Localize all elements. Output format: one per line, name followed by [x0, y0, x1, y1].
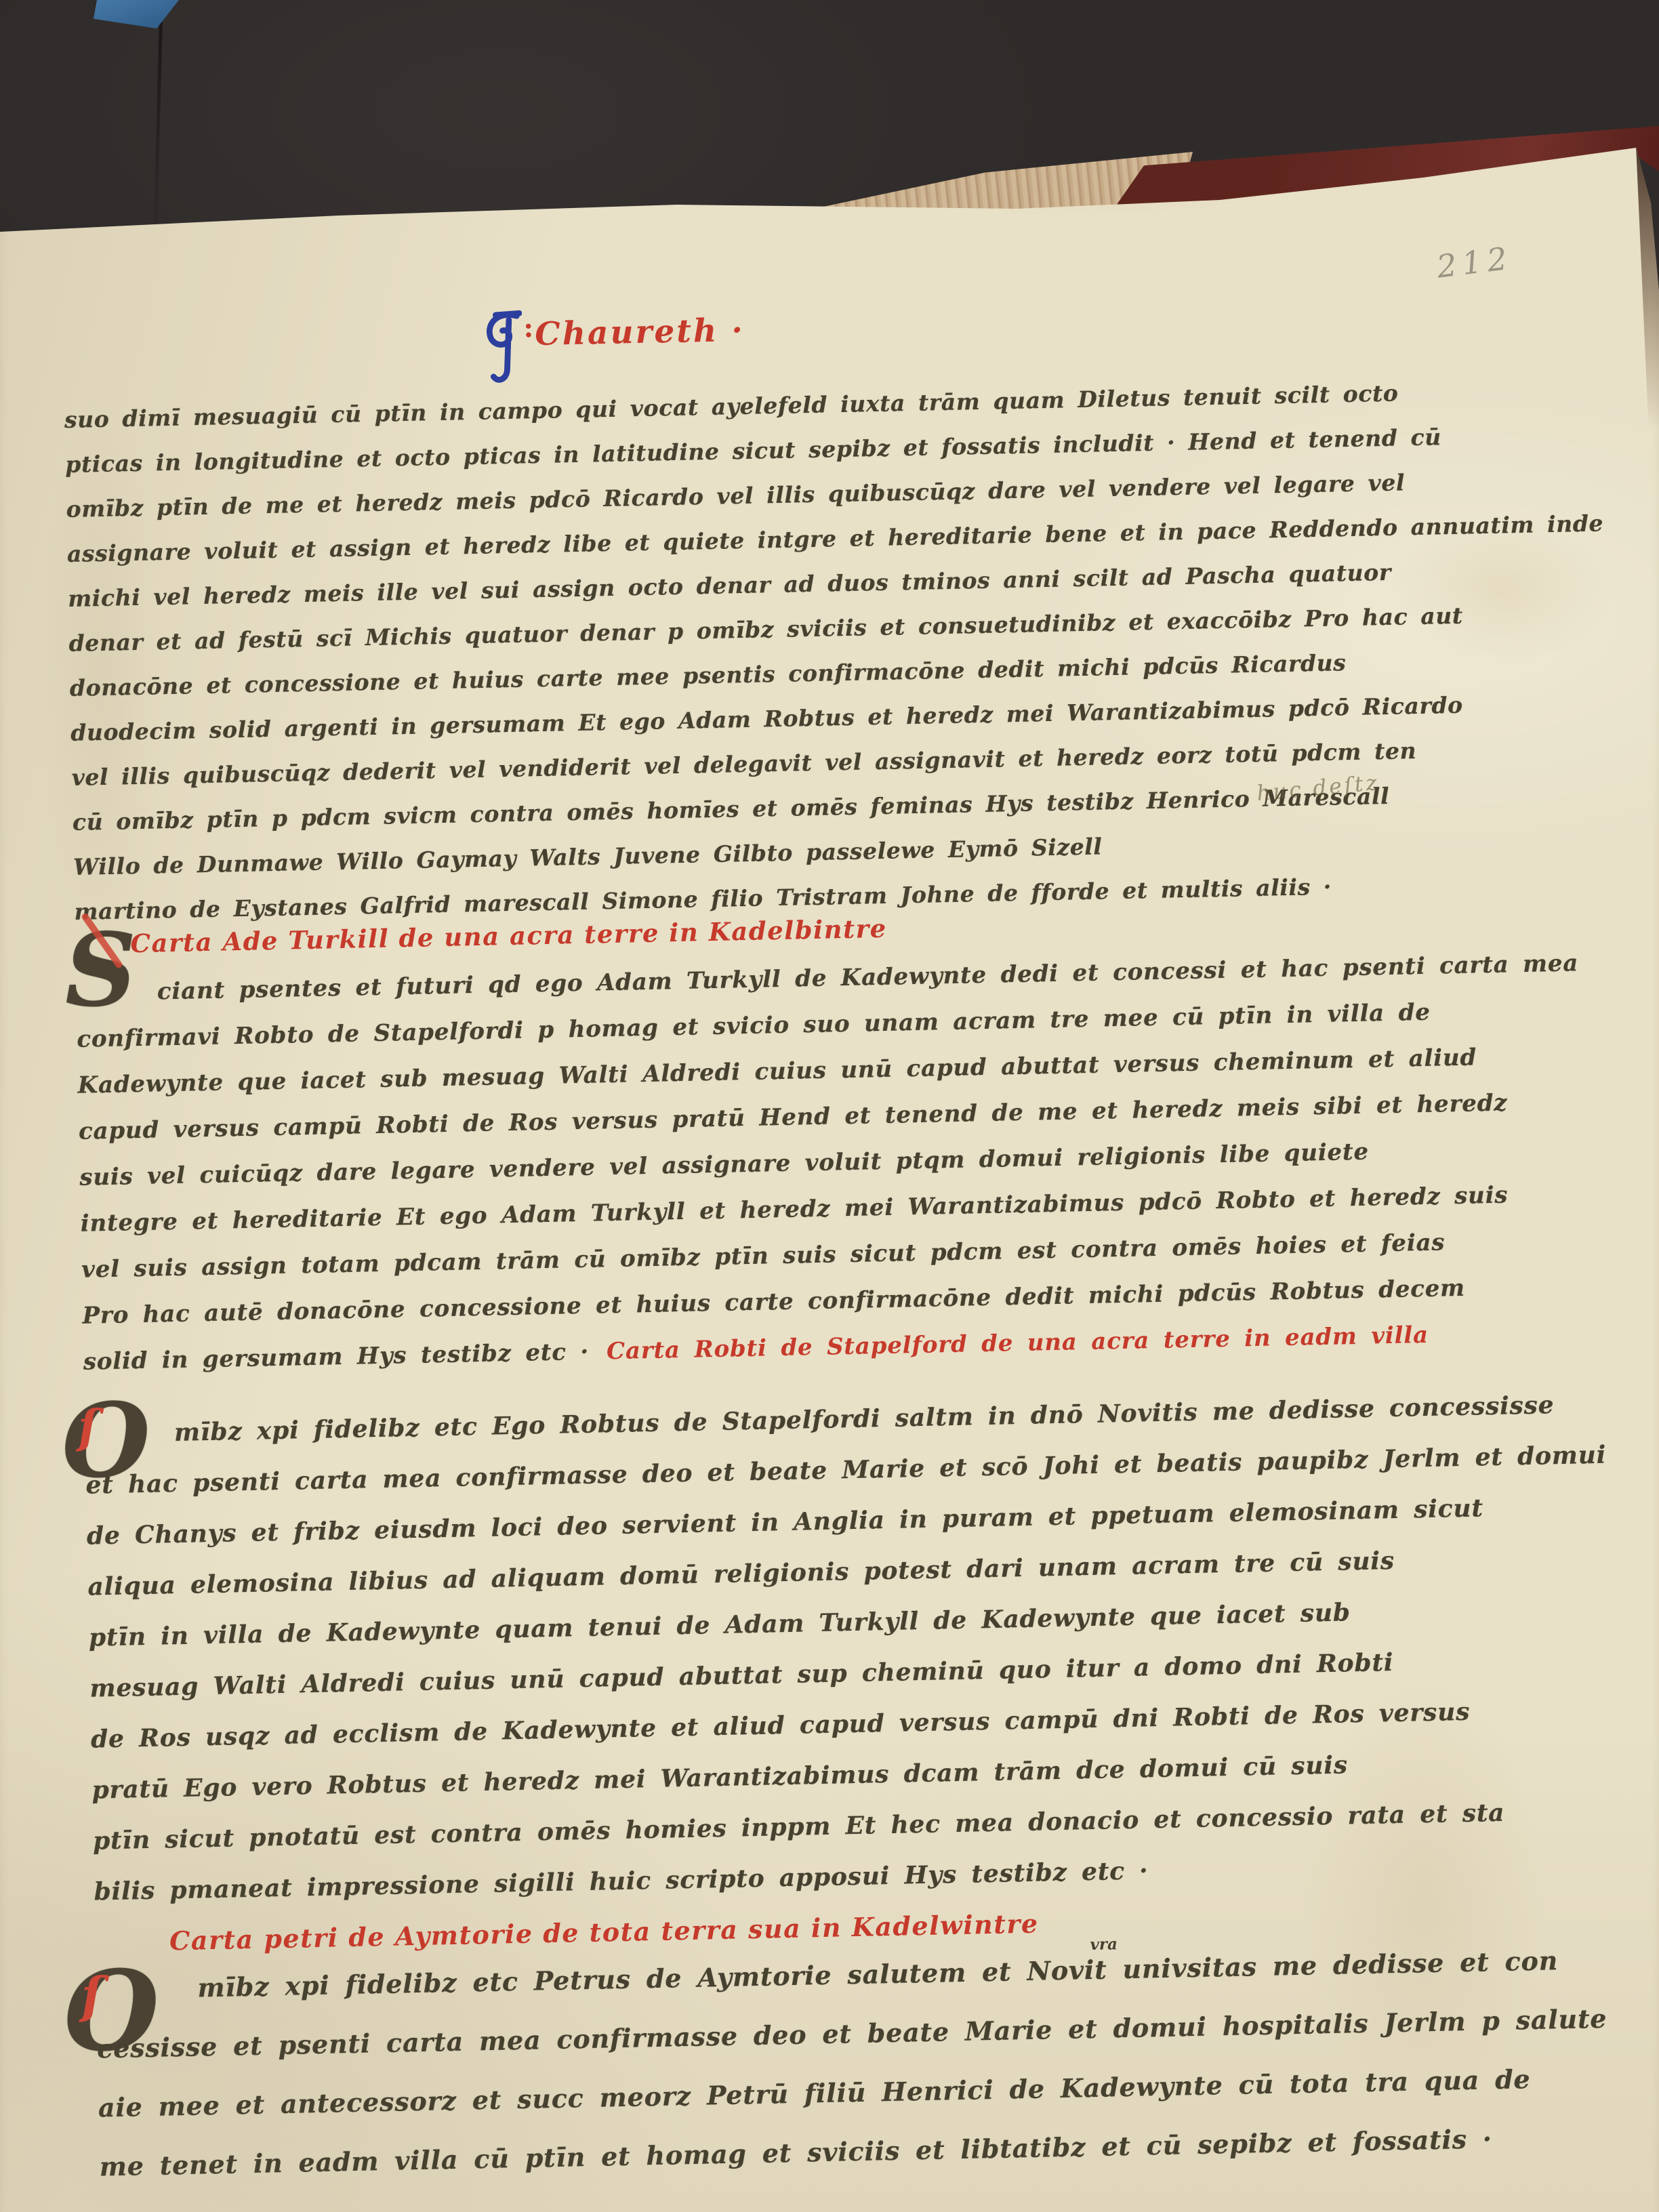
- interlinear-gloss: vra: [1090, 1935, 1118, 1954]
- section-heading: : Chaureth ·: [483, 302, 746, 389]
- folio-number: 212: [1435, 239, 1515, 285]
- heading-dots: :: [523, 312, 534, 344]
- parchment-page: 212 : Chaureth · suo dimī mesuagiū cū pt…: [0, 0, 1659, 2212]
- page-title: Chaureth ·: [535, 312, 745, 353]
- text-block: : Chaureth · suo dimī mesuagiū cū ptīn i…: [56, 0, 1442, 2211]
- charter-paragraph-1: suo dimī mesuagiū cū ptīn in campo qui v…: [64, 380, 1376, 943]
- charter-paragraph-2: ciant psentes et futuri qd ego Adam Turk…: [76, 954, 1385, 1394]
- charter-paragraph-4: mībz xpi fidelibz etc Petrus de Aymtorie…: [96, 1948, 1401, 2210]
- manuscript-photo: 212 : Chaureth · suo dimī mesuagiū cū pt…: [0, 0, 1659, 2212]
- paraph-mark-icon: [483, 306, 523, 388]
- charter-paragraph-3: mībz xpi fidelibz etc Ego Robtus de Stap…: [85, 1394, 1396, 1928]
